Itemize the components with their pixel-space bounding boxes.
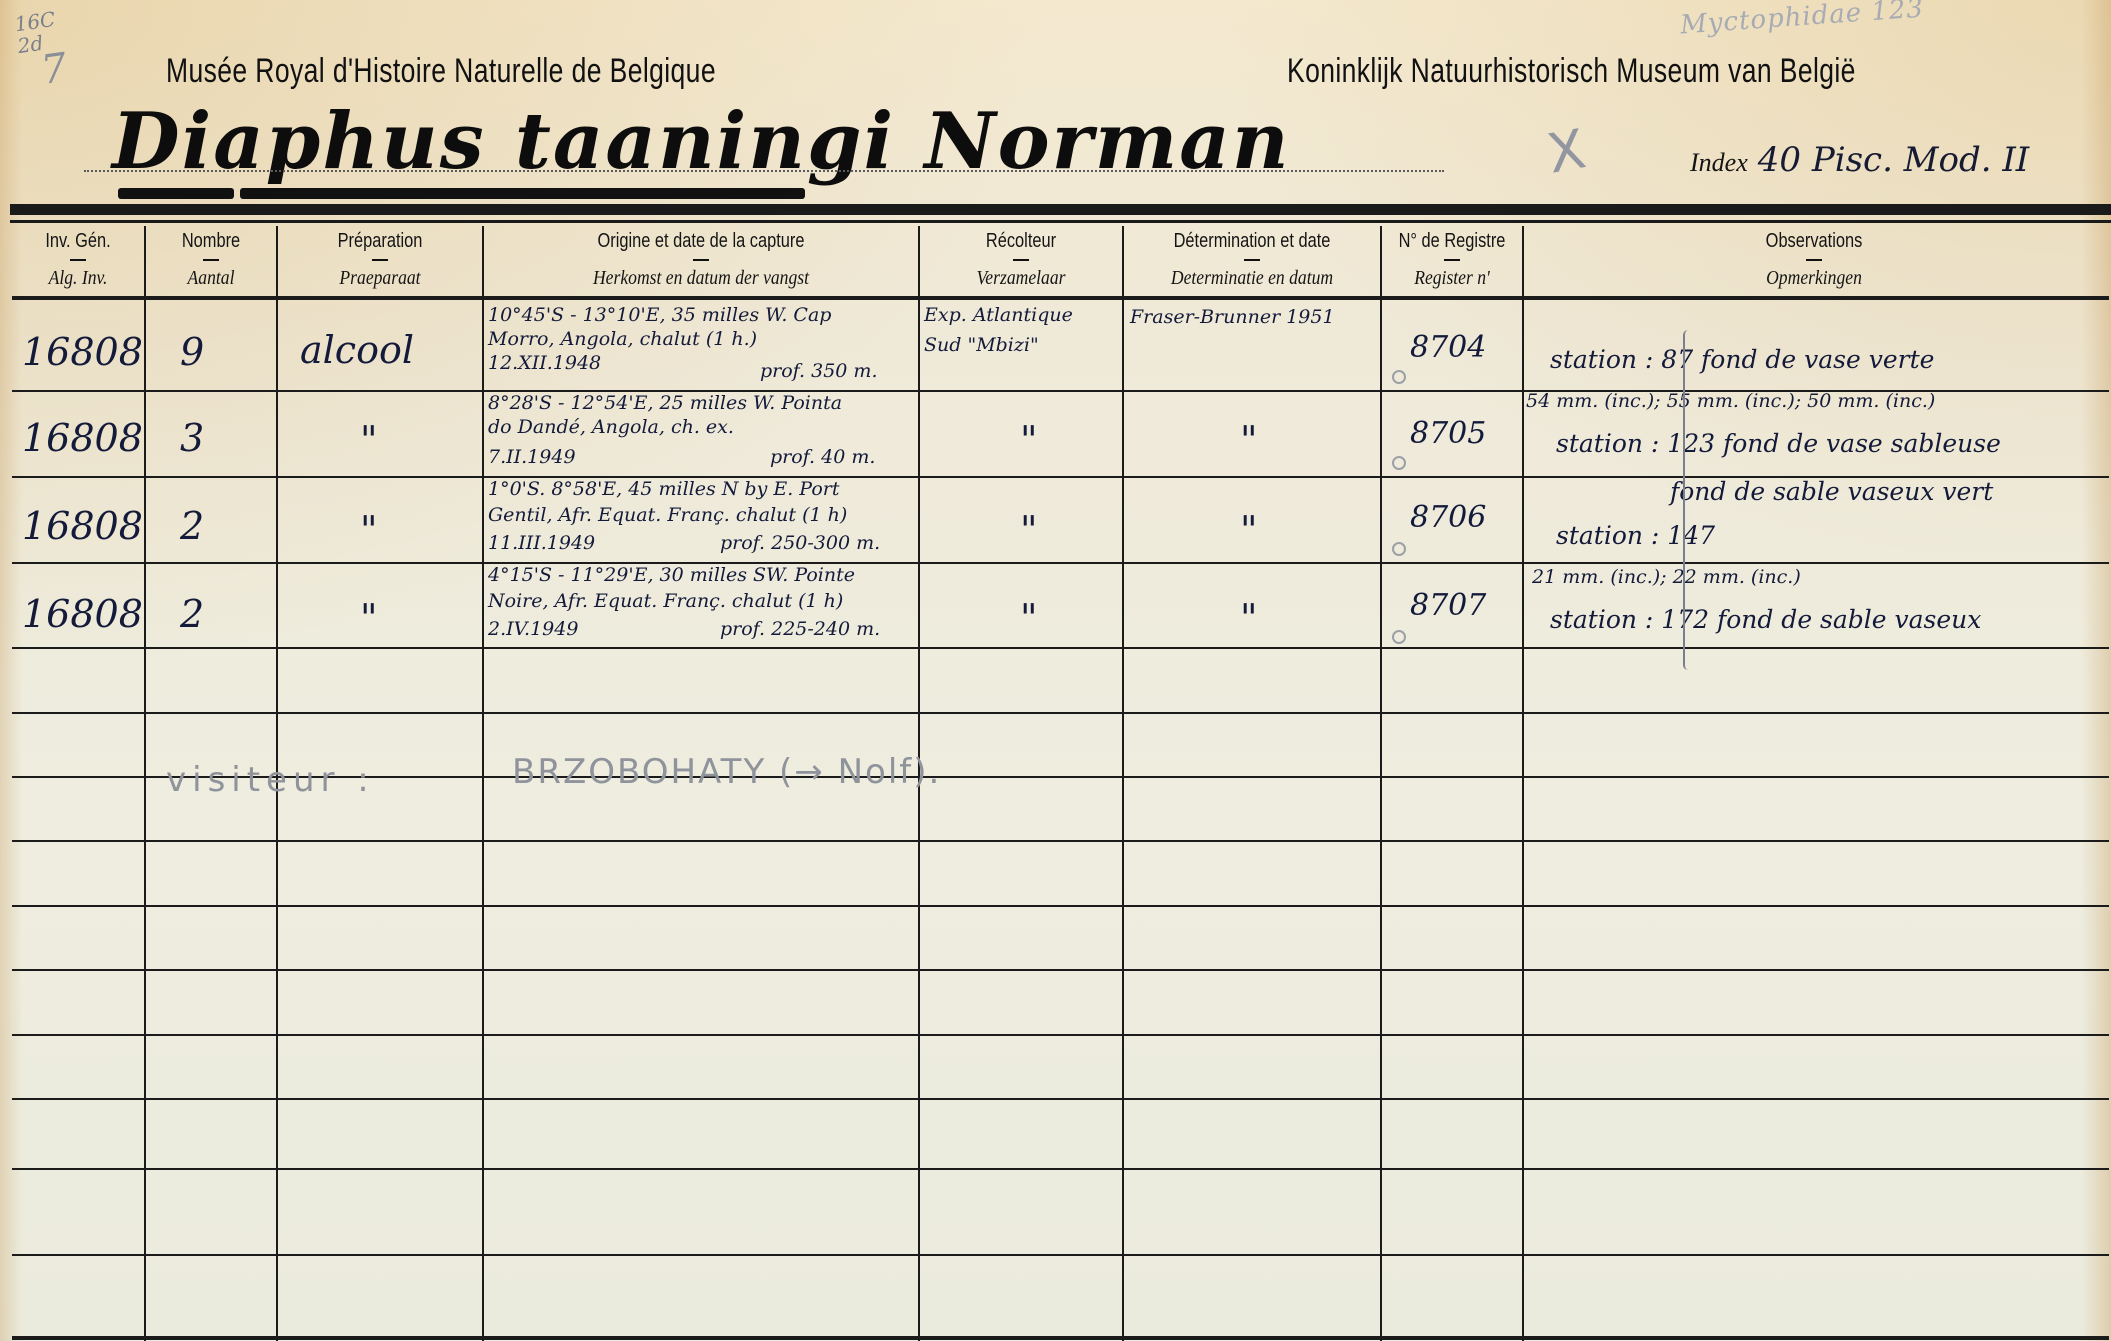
- cell-inv: 16808: [22, 330, 143, 374]
- paper-edge-stain: [0, 0, 22, 1341]
- cell-origin-date: 2.IV.1949: [488, 618, 578, 640]
- family-pencil-note: Myctophidae 123: [1679, 0, 1925, 40]
- column-label-nl: Verzamelaar: [932, 267, 1110, 290]
- cell-observations-sediment: fond de sable vaseux vert: [1670, 480, 1993, 504]
- cell-collector-line: Sud "Mbizi": [924, 334, 1039, 356]
- cell-origin-line: 1°0'S. 8°58'E, 45 milles N by E. Port: [488, 478, 839, 500]
- cell-origin-line: Morro, Angola, chalut (1 h.): [488, 328, 757, 350]
- cell-preparation: alcool: [300, 328, 414, 372]
- row-line: [12, 562, 2109, 564]
- cell-origin-line: Noire, Afr. Equat. Franç. chalut (1 h): [488, 590, 843, 612]
- cell-register: 8705: [1410, 416, 1486, 451]
- column-label-fr: Observations: [1576, 230, 2052, 253]
- cell-register: 8704: [1410, 330, 1486, 365]
- column-label-nl: Alg. Inv.: [20, 267, 136, 290]
- column-label-nl: Herkomst en datum der vangst: [510, 267, 892, 290]
- column-header-determination: Détermination et date Determinatie en da…: [1124, 226, 1380, 298]
- header-dash: [693, 259, 709, 261]
- cell-origin-depth: prof. 250-300 m.: [720, 532, 880, 554]
- visitor-name: BRZOBOHATY (→ Nolf).: [512, 752, 941, 792]
- column-header-collector: Récolteur Verzamelaar: [920, 226, 1122, 298]
- header-dash: [1444, 259, 1460, 261]
- cell-collector: ": [1020, 508, 1037, 552]
- column-label-fr: N° de Registre: [1395, 230, 1510, 253]
- cell-origin-date: 7.II.1949: [488, 446, 576, 468]
- cross-mark: X: [1543, 117, 1590, 185]
- cell-count: 2: [180, 592, 204, 636]
- column-divider: [482, 226, 484, 1341]
- cell-inv: 16808: [22, 592, 143, 636]
- cell-observations: station : 172 fond de sable vaseux: [1550, 608, 1981, 632]
- pencil-circle-mark: [1392, 456, 1406, 470]
- header-dash: [372, 259, 388, 261]
- cell-origin-depth: prof. 40 m.: [770, 446, 875, 468]
- row-line: [12, 1168, 2109, 1170]
- cell-preparation: ": [360, 596, 377, 640]
- header-dash: [203, 259, 219, 261]
- row-line: [12, 1336, 2109, 1340]
- header-bottom-rule: [12, 296, 2109, 300]
- row-line: [12, 647, 2109, 649]
- column-header-observations: Observations Opmerkingen: [1524, 226, 2104, 298]
- column-header-origin: Origine et date de la capture Herkomst e…: [484, 226, 918, 298]
- cell-determination: Fraser-Brunner 1951: [1130, 306, 1335, 328]
- cell-collector: ": [1020, 596, 1037, 640]
- species-name: Diaphus taaningi Norman: [112, 96, 1291, 187]
- institution-name-nl: Koninklijk Natuurhistorisch Museum van B…: [1287, 52, 1856, 91]
- cell-register: 8707: [1410, 588, 1486, 623]
- cell-origin-line: 4°15'S - 11°29'E, 30 milles SW. Pointe: [488, 564, 855, 586]
- header-rule: [10, 204, 2111, 215]
- column-label-nl: Opmerkingen: [1559, 267, 2069, 290]
- row-line: [12, 712, 2109, 714]
- column-header-preparation: Préparation Praeparaat: [278, 226, 482, 298]
- cell-origin-line: 8°28'S - 12°54'E, 25 milles W. Pointa: [488, 392, 842, 414]
- pencil-circle-mark: [1392, 630, 1406, 644]
- cell-origin-date: 11.III.1949: [488, 532, 595, 554]
- species-underline: [118, 188, 234, 199]
- corner-pencil-note: 16C 2d 7: [13, 7, 68, 85]
- row-line: [12, 1034, 2109, 1036]
- species-dotted-line: [84, 170, 1444, 172]
- cell-inv: 16808: [22, 504, 143, 548]
- cell-origin-date: 12.XII.1948: [488, 352, 601, 374]
- column-header-count: Nombre Aantal: [146, 226, 276, 298]
- cell-collector-line: Exp. Atlantique: [924, 304, 1073, 326]
- pencil-circle-mark: [1392, 370, 1406, 384]
- register-card: 16C 2d 7 Myctophidae 123 Musée Royal d'H…: [0, 0, 2111, 1341]
- row-line: [12, 969, 2109, 971]
- column-divider: [1380, 226, 1382, 1341]
- cell-origin-depth: prof. 350 m.: [760, 360, 877, 382]
- row-line: [12, 1098, 2109, 1100]
- cell-observations-measure: 54 mm. (inc.); 55 mm. (inc.); 50 mm. (in…: [1526, 390, 1935, 412]
- row-line: [12, 905, 2109, 907]
- column-label-nl: Register n': [1390, 267, 1513, 290]
- row-line: [12, 1254, 2109, 1256]
- species-underline: [240, 188, 805, 199]
- cell-determination: ": [1240, 418, 1257, 462]
- cell-count: 2: [180, 504, 204, 548]
- column-label-fr: Nombre: [158, 230, 265, 253]
- observations-bracket: [1683, 330, 1693, 670]
- column-divider: [1122, 226, 1124, 1341]
- cell-register: 8706: [1410, 500, 1486, 535]
- cell-count: 3: [180, 416, 204, 460]
- column-header-register: N° de Registre Register n': [1382, 226, 1522, 298]
- header-dash: [1244, 259, 1260, 261]
- cell-origin-line: 10°45'S - 13°10'E, 35 milles W. Cap: [488, 304, 831, 326]
- index-block: Index 40 Pisc. Mod. II: [1690, 140, 2029, 180]
- cell-collector: ": [1020, 418, 1037, 462]
- cell-count: 9: [180, 330, 204, 374]
- cell-origin-line: do Dandé, Angola, ch. ex.: [488, 416, 734, 438]
- column-label-fr: Inv. Gén.: [24, 230, 132, 253]
- column-label-fr: Détermination et date: [1147, 230, 1357, 253]
- cell-determination: ": [1240, 596, 1257, 640]
- column-label-fr: Préparation: [296, 230, 463, 253]
- index-label: Index: [1690, 148, 1748, 178]
- row-line: [12, 840, 2109, 842]
- header-dash: [1806, 259, 1822, 261]
- cell-preparation: ": [360, 418, 377, 462]
- column-label-nl: Determinatie en datum: [1139, 267, 1364, 290]
- cell-inv: 16808: [22, 416, 143, 460]
- column-label-fr: Récolteur: [938, 230, 1104, 253]
- header-rule: [10, 220, 2111, 223]
- column-divider: [144, 226, 146, 1341]
- institution-name-fr: Musée Royal d'Histoire Naturelle de Belg…: [166, 52, 716, 91]
- column-label-nl: Praeparaat: [290, 267, 470, 290]
- corner-note-line: 7: [40, 57, 68, 82]
- cell-observations: station : 123 fond de vase sableuse: [1556, 432, 2001, 456]
- header-dash: [1013, 259, 1029, 261]
- cell-origin-line: Gentil, Afr. Equat. Franç. chalut (1 h): [488, 504, 847, 526]
- header-dash: [70, 259, 86, 261]
- column-label-fr: Origine et date de la capture: [523, 230, 879, 253]
- paper-edge-stain: [2081, 0, 2111, 1341]
- cell-preparation: ": [360, 508, 377, 552]
- index-value: 40 Pisc. Mod. II: [1758, 140, 2029, 180]
- column-header-inv: Inv. Gén. Alg. Inv.: [12, 226, 144, 298]
- cell-observations-measure: 21 mm. (inc.); 22 mm. (inc.): [1532, 566, 1801, 588]
- pencil-circle-mark: [1392, 542, 1406, 556]
- cell-origin-depth: prof. 225-240 m.: [720, 618, 880, 640]
- column-label-nl: Aantal: [154, 267, 268, 290]
- visitor-label: visiteur :: [166, 760, 375, 800]
- cell-determination: ": [1240, 508, 1257, 552]
- cell-observations: station : 87 fond de vase verte: [1550, 348, 1934, 372]
- column-divider: [1522, 226, 1524, 1341]
